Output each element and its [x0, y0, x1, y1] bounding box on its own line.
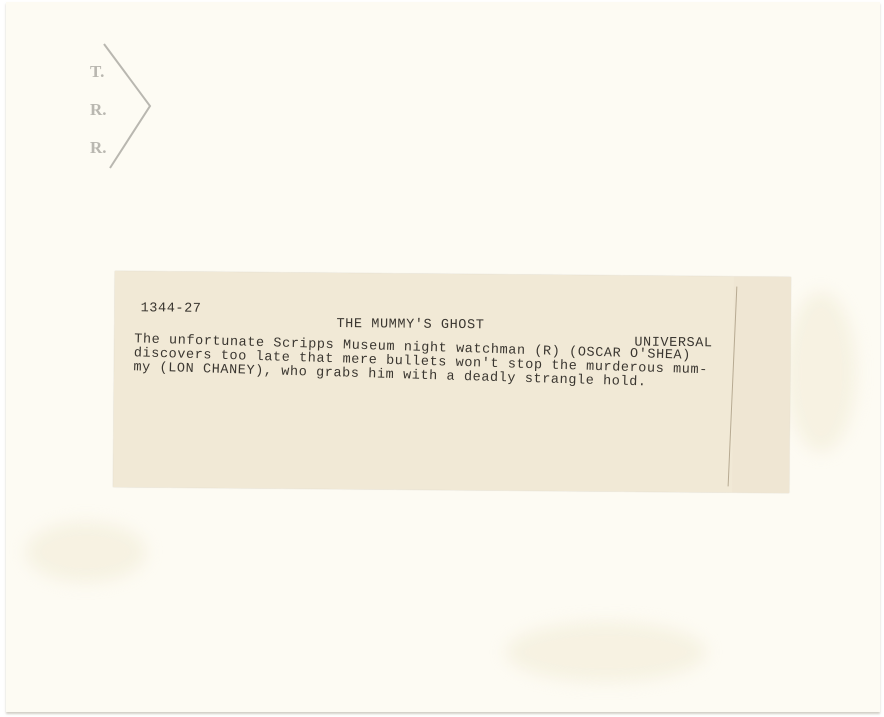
caption-body: The unfortunate Scripps Museum night wat…	[133, 333, 708, 392]
caption-strip: 1344-27 THE MUMMY'S GHOST UNIVERSAL The …	[113, 271, 791, 493]
chevron-stamp-icon	[76, 40, 156, 170]
stamp-mark: T. R. R.	[76, 40, 156, 170]
stamp-letter: T.	[90, 62, 104, 82]
photo-back-sheet: T. R. R. 1344-27 THE MUMMY'S GHOST UNIVE…	[6, 2, 880, 712]
caption-title: THE MUMMY'S GHOST	[336, 317, 484, 333]
reference-number: 1344-27	[141, 301, 202, 317]
stamp-letter: R.	[90, 100, 107, 120]
strip-fold	[732, 276, 791, 492]
stamp-letter: R.	[90, 138, 107, 158]
